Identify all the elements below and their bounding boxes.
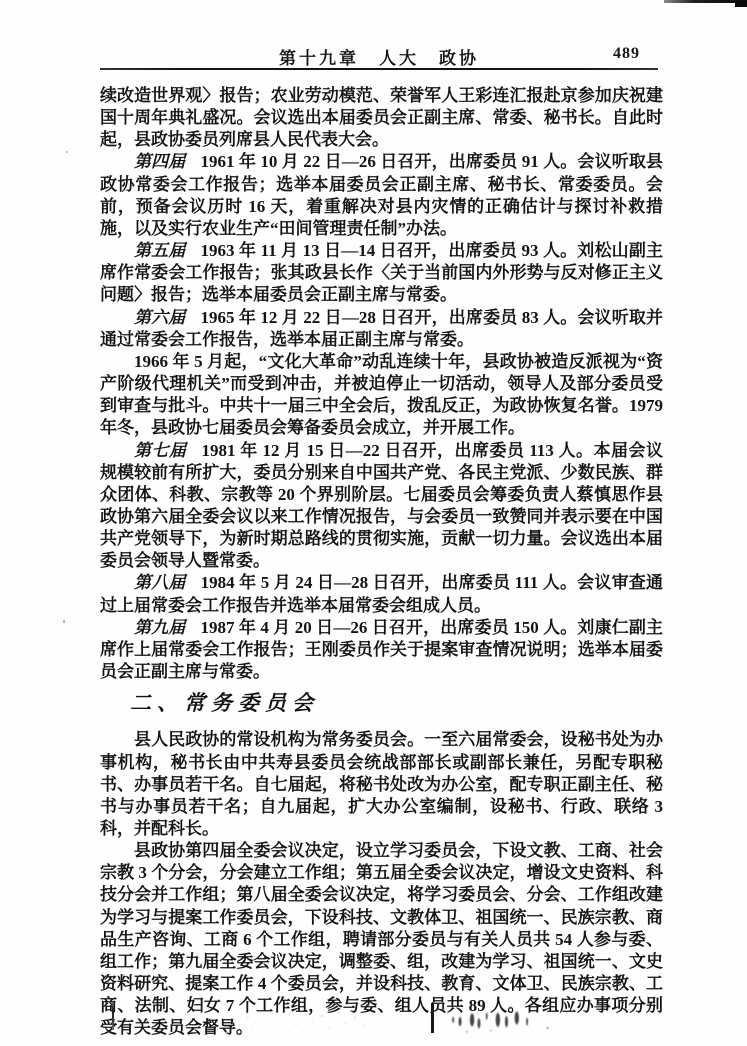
scan-artifact-line bbox=[112, 1002, 114, 1030]
chapter-title: 第十九章 人大 政协 bbox=[100, 44, 658, 69]
paragraph-text: 县政协第四届全委会议决定，设立学习委员会，下设文教、工商、社会宗教 3 个分会，… bbox=[100, 841, 663, 1037]
session-label: 第四届 bbox=[134, 152, 200, 171]
scanned-book-page: 第十九章 人大 政协 489 续改造世界观〉报告；农业劳动模范、荣誉军人王彩连汇… bbox=[0, 0, 747, 1046]
section-heading: 二、常务委员会 bbox=[130, 692, 663, 714]
session-label: 第七届 bbox=[134, 441, 202, 460]
scan-speck bbox=[63, 620, 65, 623]
session-label: 第八届 bbox=[134, 573, 201, 592]
header-rule bbox=[100, 68, 658, 70]
running-head: 第十九章 人大 政协 489 bbox=[100, 44, 658, 66]
paragraph-standing-committee: 县人民政协的常设机构为常务委员会。一至六届常委会，设秘书处为办事机构，秘书长由中… bbox=[100, 729, 663, 840]
paragraph-continuation: 续改造世界观〉报告；农业劳动模范、荣誉军人王彩连汇报赴京参加庆祝建国十周年典礼盛… bbox=[100, 85, 663, 151]
session-label: 第六届 bbox=[134, 308, 200, 327]
scan-speck bbox=[66, 151, 68, 153]
paragraph-session-4: 第四届1961 年 10 月 22 日—26 日召开，出席委员 91 人。会议听… bbox=[100, 151, 663, 240]
paragraph-cultural-revolution: 1966 年 5 月起，“文化大革命”动乱连续十年，县政协被造反派视为“资产阶级… bbox=[100, 351, 663, 440]
scan-corner-mark bbox=[735, 0, 747, 7]
scan-speck bbox=[546, 1027, 549, 1029]
paragraph-session-7: 第七届1981 年 12 月 15 日—22 日召开，出席委员 113 人。本届… bbox=[100, 440, 663, 573]
paragraph-text: 1966 年 5 月起，“文化大革命”动乱连续十年，县政协被造反派视为“资产阶级… bbox=[100, 352, 663, 437]
paragraph-session-5: 第五届1963 年 11 月 13 日—14 日召开，出席委员 93 人。刘松山… bbox=[100, 240, 663, 306]
paragraph-work-groups: 县政协第四届全委会议决定，设立学习委员会，下设文教、工商、社会宗教 3 个分会，… bbox=[100, 840, 663, 1039]
scan-artifact-line bbox=[431, 1003, 434, 1033]
body-text-column: 续改造世界观〉报告；农业劳动模范、荣誉军人王彩连汇报赴京参加庆祝建国十周年典礼盛… bbox=[100, 85, 663, 1040]
paragraph-text: 续改造世界观〉报告；农业劳动模范、荣誉军人王彩连汇报赴京参加庆祝建国十周年典礼盛… bbox=[100, 86, 663, 149]
paragraph-session-9: 第九届1987 年 4 月 20 日—26 日召开，出席委员 150 人。刘康仁… bbox=[100, 617, 663, 683]
page-number: 489 bbox=[613, 45, 640, 63]
scan-smudge bbox=[285, 1004, 377, 1034]
paragraph-session-6: 第六届1965 年 12 月 22 日—28 日召开，出席委员 83 人。会议听… bbox=[100, 307, 663, 351]
scan-smudge bbox=[448, 1000, 534, 1036]
scan-smudge bbox=[244, 1012, 262, 1032]
paragraph-session-8: 第八届1984 年 5 月 24 日—28 日召开，出席委员 111 人。会议审… bbox=[100, 572, 663, 616]
session-label: 第五届 bbox=[134, 241, 201, 260]
session-label: 第九届 bbox=[134, 618, 200, 637]
paragraph-text: 县人民政协的常设机构为常务委员会。一至六届常委会，设秘书处为办事机构，秘书长由中… bbox=[100, 730, 663, 838]
scan-speck bbox=[391, 267, 394, 269]
